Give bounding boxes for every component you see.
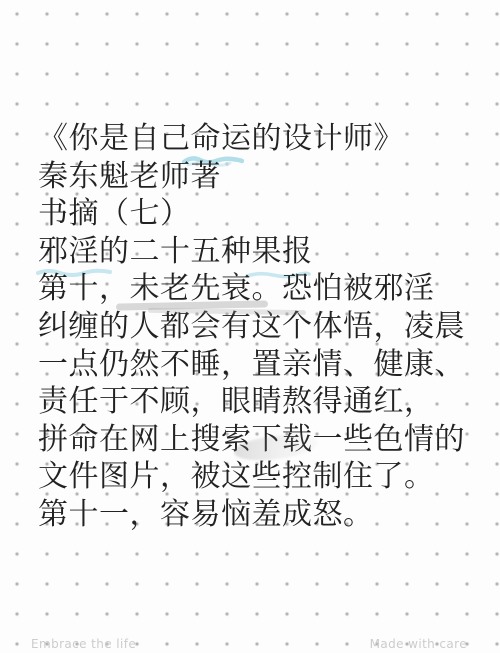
note-card: 《你是自己命运的设计师》 秦东魁老师著 书摘（七） 邪淫的二十五种果报 第十，未…	[0, 0, 500, 653]
note-body-line: 责任于不顾，眼睛熬得通红，	[38, 383, 478, 421]
footer-watermark-left: Embrace the life	[31, 637, 136, 651]
note-body-line: 第十一，容易恼羞成怒。	[38, 496, 478, 534]
note-title-line: 《你是自己命运的设计师》	[38, 120, 478, 158]
note-body-line: 第十，未老先衰。恐怕被邪淫	[38, 270, 478, 308]
note-chapter-line: 书摘（七）	[38, 195, 478, 233]
footer-watermark-right: Made with care	[370, 637, 467, 651]
note-author-line: 秦东魁老师著	[38, 158, 478, 196]
note-text-block: 《你是自己命运的设计师》 秦东魁老师著 书摘（七） 邪淫的二十五种果报 第十，未…	[38, 120, 478, 534]
note-body-line: 文件图片，被这些控制住了。	[38, 458, 478, 496]
note-body-line: 拼命在网上搜索下载一些色情的	[38, 421, 478, 459]
note-subtitle-line: 邪淫的二十五种果报	[38, 233, 478, 271]
note-body-line: 一点仍然不睡，置亲情、健康、	[38, 346, 478, 384]
note-body-line: 纠缠的人都会有这个体悟，凌晨	[38, 308, 478, 346]
